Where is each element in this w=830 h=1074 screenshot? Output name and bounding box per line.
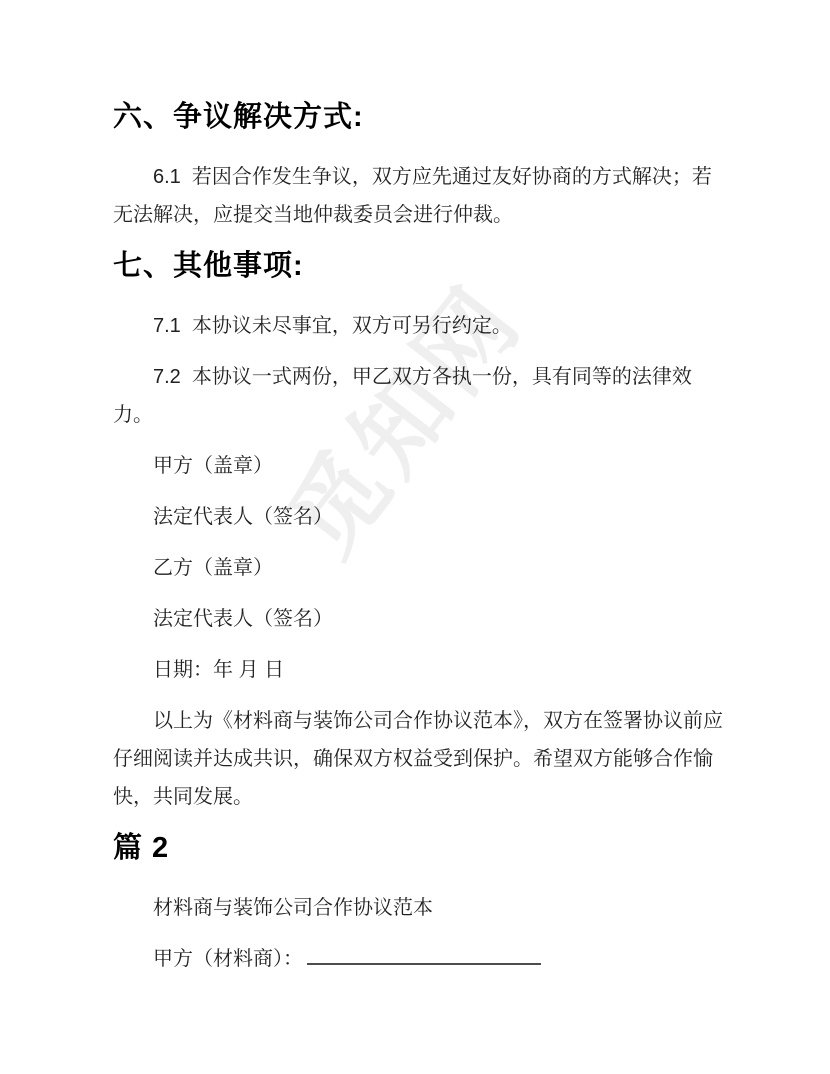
- party-a-representative-signature-line: 法定代表人（签名）: [113, 498, 730, 536]
- clause-7-1: 7.1 本协议未尽事宜，双方可另行约定。: [113, 307, 730, 345]
- part-2-party-a-line: 甲方（材料商）：: [113, 940, 730, 978]
- party-b-representative-signature-line: 法定代表人（签名）: [113, 600, 730, 638]
- party-a-fill-in-blank-line: [307, 941, 541, 965]
- part-2-party-a-label: 甲方（材料商）：: [153, 948, 303, 970]
- clause-7-2: 7.2 本协议一式两份，甲乙双方各执一份，具有同等的法律效 力。: [113, 358, 730, 434]
- closing-note: 以上为《材料商与装饰公司合作协议范本》，双方在签署协议前应 仔细阅读并达成共识，…: [113, 702, 730, 816]
- party-a-seal-line: 甲方（盖章）: [113, 447, 730, 485]
- section-heading-other-matters: 七、其他事项:: [113, 247, 730, 285]
- section-heading-dispute-resolution: 六、争议解决方式:: [113, 98, 730, 136]
- part-2-heading: 篇 2: [113, 829, 730, 867]
- clause-6-1: 6.1 若因合作发生争议，双方应先通过友好协商的方式解决；若 无法解决，应提交当…: [113, 158, 730, 234]
- part-2-title: 材料商与装饰公司合作协议范本: [113, 889, 730, 927]
- document-content: 六、争议解决方式: 6.1 若因合作发生争议，双方应先通过友好协商的方式解决；若…: [0, 0, 830, 978]
- party-b-seal-line: 乙方（盖章）: [113, 549, 730, 587]
- contract-document-page: 觅知网 六、争议解决方式: 6.1 若因合作发生争议，双方应先通过友好协商的方式…: [0, 0, 830, 1074]
- date-line: 日期：年 月 日: [113, 651, 730, 689]
